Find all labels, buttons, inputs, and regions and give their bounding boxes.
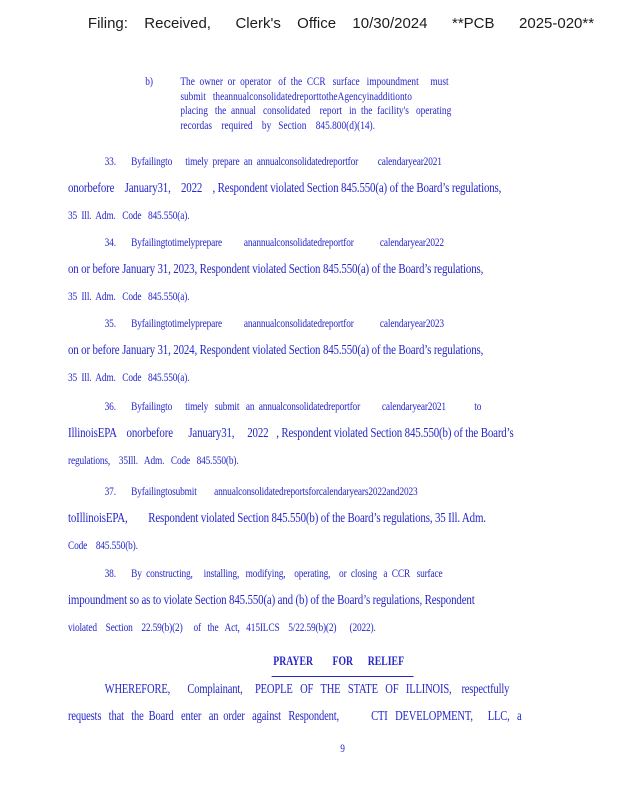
text-line: 33. Byfailingto timely prepare an annual… xyxy=(68,148,617,175)
paragraph-36: 36. Byfailingto timely submit an annualc… xyxy=(68,393,617,474)
text-line: 35 Ill. Adm. Code 845.550(a). xyxy=(68,283,617,310)
text-line: impoundment so as to violate Section 845… xyxy=(68,587,617,614)
filing-stamp: Filing: Received, Clerk's Office 10/30/2… xyxy=(0,14,618,34)
text-line: on or before January 31, 2024, Responden… xyxy=(68,337,617,364)
text-line: 37. Byfailingtosubmit annualconsolidated… xyxy=(68,478,617,505)
text-line: 34. Byfailingtotimelyprepare anannualcon… xyxy=(68,229,617,256)
text-line: onorbefore January31, 2022 , Respondent … xyxy=(68,175,617,202)
text-line: 36. Byfailingto timely submit an annualc… xyxy=(68,393,617,420)
document-page: Filing: Received, Clerk's Office 10/30/2… xyxy=(0,0,618,800)
document-body: b) The owner or operator of the CCR surf… xyxy=(0,74,618,756)
paragraph-35: 35. Byfailingtotimelyprepare anannualcon… xyxy=(68,310,617,391)
document-text-column: b) The owner or operator of the CCR surf… xyxy=(68,74,617,756)
text-line: violated Section 22.59(b)(2) of the Act,… xyxy=(68,614,617,641)
text-line: toIllinoisEPA, Respondent violated Secti… xyxy=(68,505,617,532)
paragraph-34: 34. Byfailingtotimelyprepare anannualcon… xyxy=(68,229,617,310)
paragraph-33: 33. Byfailingto timely prepare an annual… xyxy=(68,148,617,229)
subparagraph-b-text: The owner or operator of the CCR surface… xyxy=(180,74,451,132)
text-line: The owner or operator of the CCR surface… xyxy=(180,74,451,89)
text-line: Code 845.550(b). xyxy=(68,532,617,559)
text-line: 38. By constructing, installing, modifyi… xyxy=(68,560,617,587)
text-line: WHEREFORE, Complainant, PEOPLE OF THE ST… xyxy=(68,675,617,702)
prayer-for-relief-heading: PRAYER FOR RELIEF xyxy=(68,648,617,675)
text-line: IllinoisEPA onorbefore January31, 2022 ,… xyxy=(68,420,617,447)
text-line: placing the annual consolidated report i… xyxy=(180,103,451,118)
text-line: 35. Byfailingtotimelyprepare anannualcon… xyxy=(68,310,617,337)
subparagraph-b-label: b) xyxy=(145,74,180,132)
text-line: submit theannualconsolidatedreporttotheA… xyxy=(180,89,451,104)
text-line: 35 Ill. Adm. Code 845.550(a). xyxy=(68,364,617,391)
page-number: 9 xyxy=(68,740,617,756)
paragraph-37: 37. Byfailingtosubmit annualconsolidated… xyxy=(68,478,617,559)
paragraph-38: 38. By constructing, installing, modifyi… xyxy=(68,560,617,641)
prayer-for-relief-text: PRAYER FOR RELIEF xyxy=(272,648,414,677)
text-line: requests that the Board enter an order a… xyxy=(68,702,617,729)
subparagraph-b-quote: b) The owner or operator of the CCR surf… xyxy=(145,74,617,132)
text-line: regulations, 35Ill. Adm. Code 845.550(b)… xyxy=(68,447,617,474)
text-line: 35 Ill. Adm. Code 845.550(a). xyxy=(68,202,617,229)
text-line: on or before January 31, 2023, Responden… xyxy=(68,256,617,283)
text-line: recordas required by Section 845.800(d)(… xyxy=(180,118,451,133)
wherefore-paragraph: WHEREFORE, Complainant, PEOPLE OF THE ST… xyxy=(68,675,617,729)
